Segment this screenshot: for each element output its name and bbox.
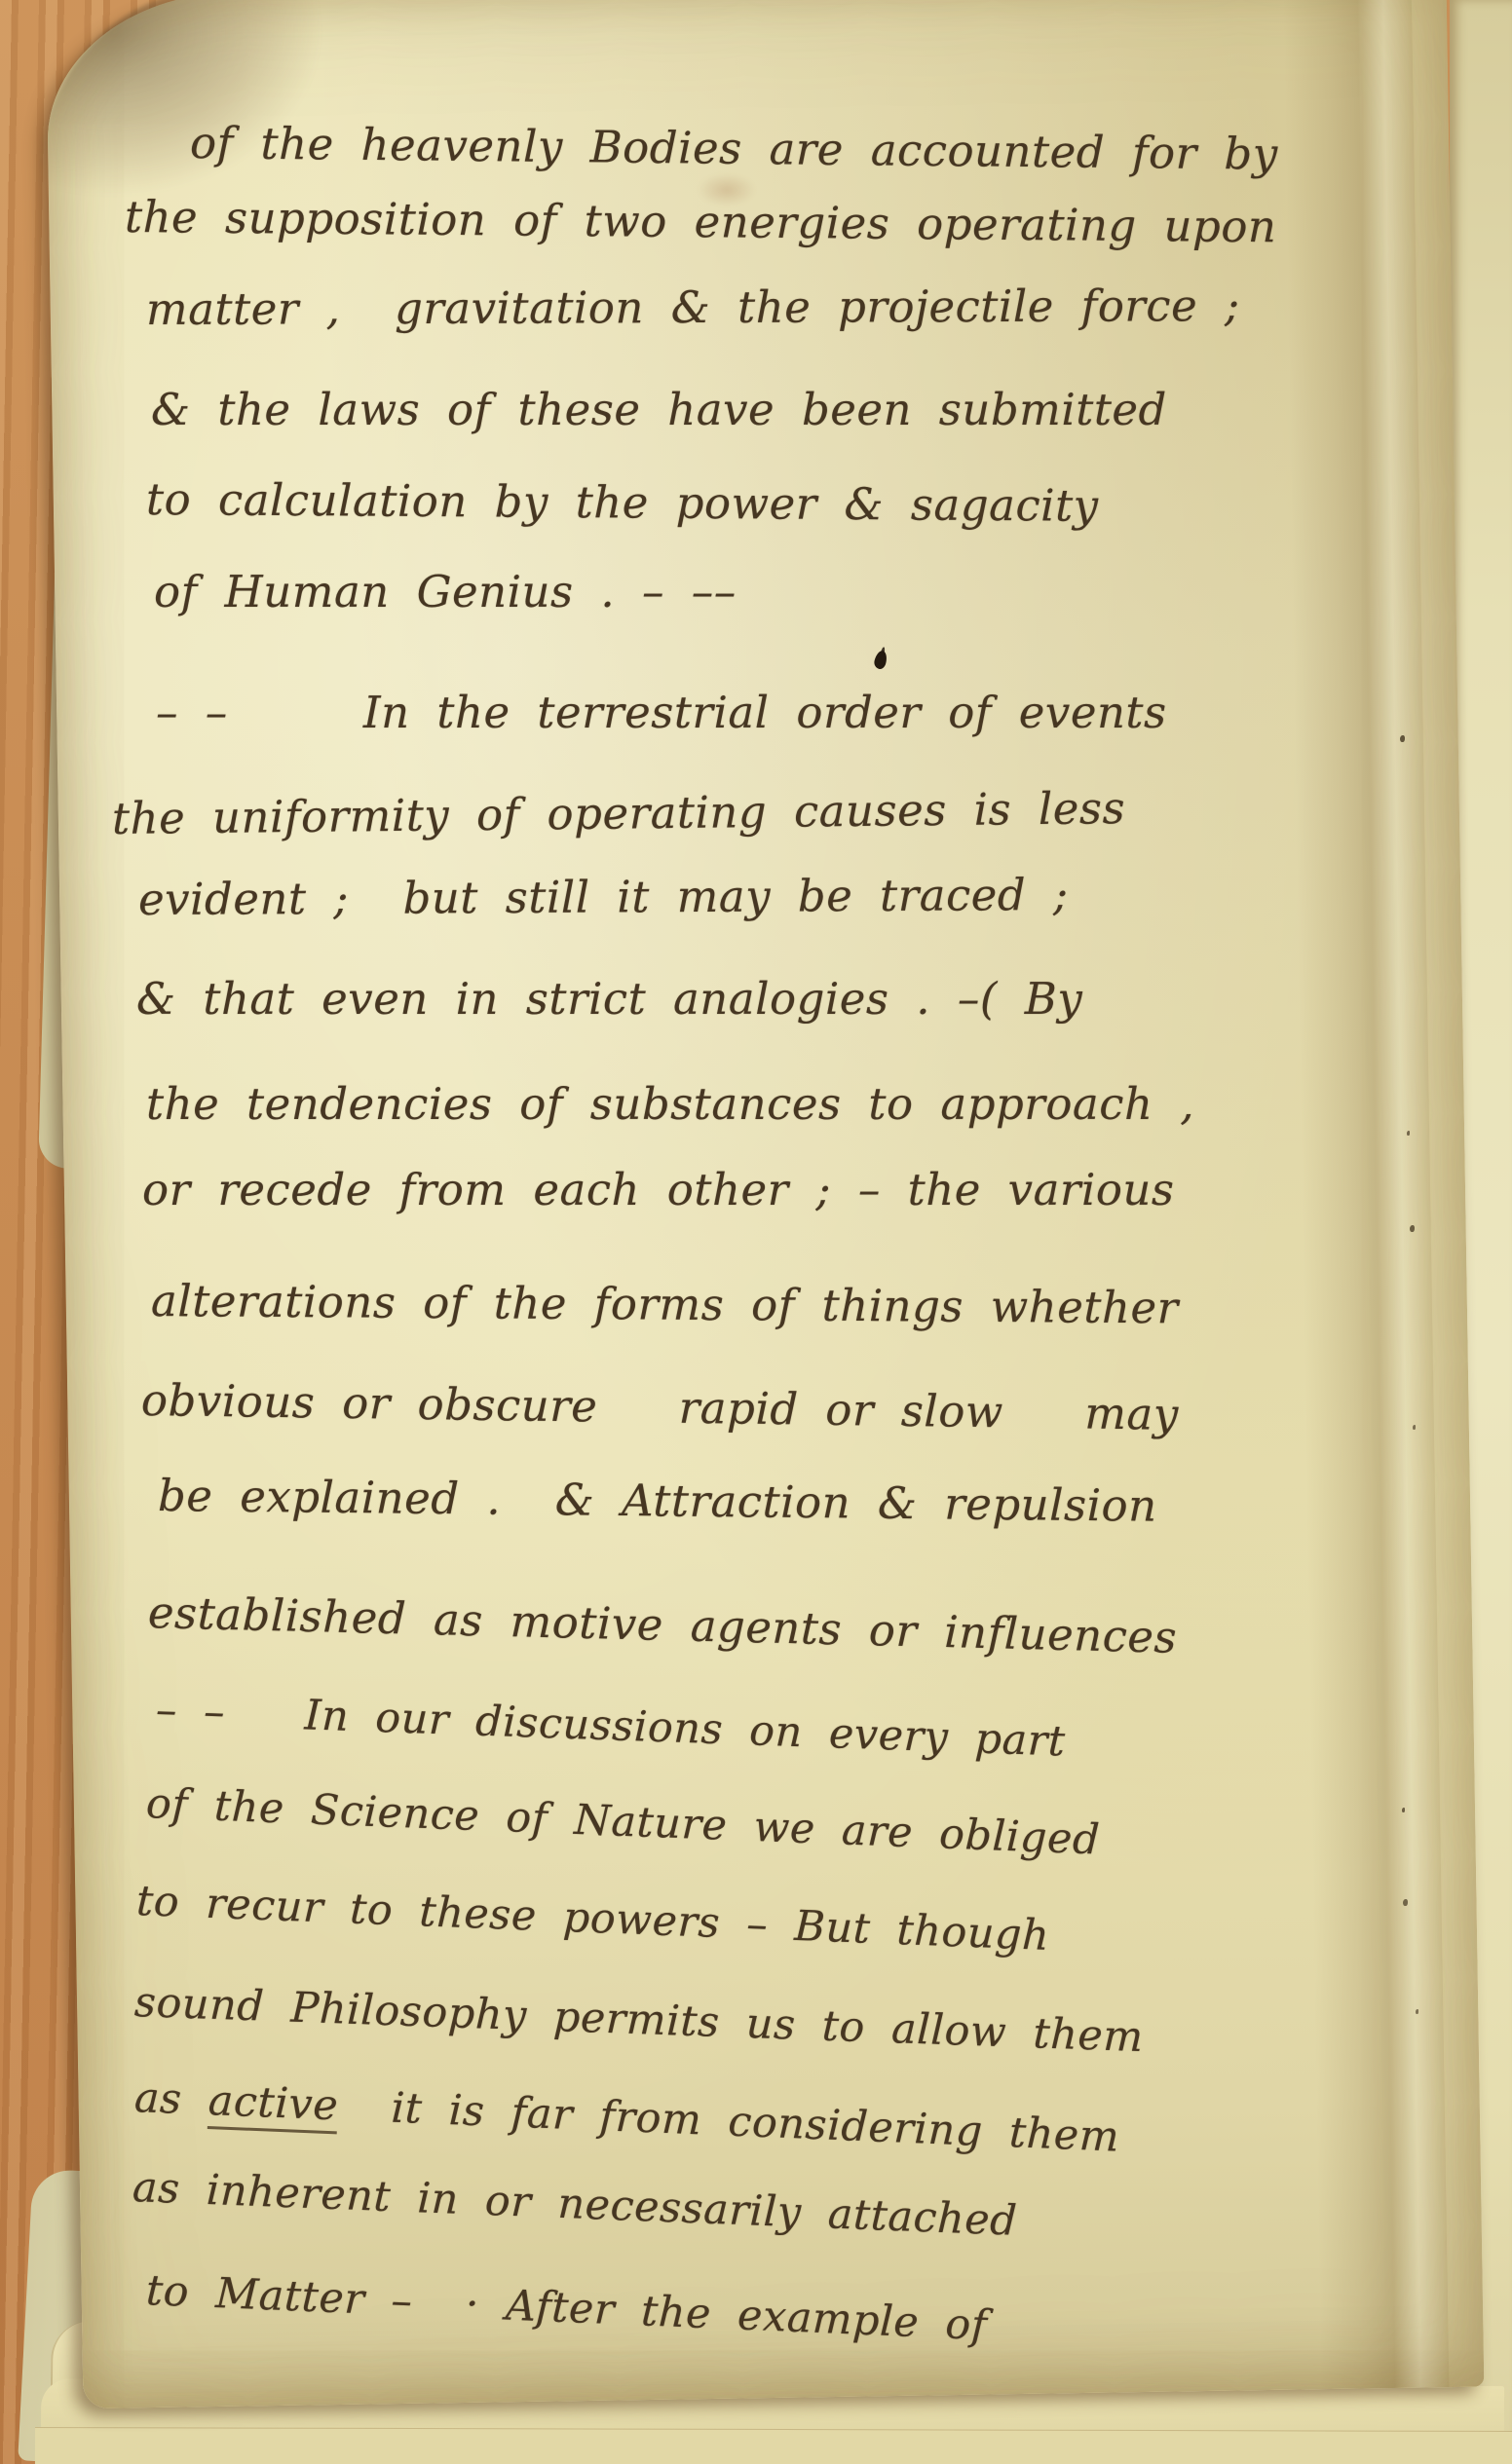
manuscript-line: sound Philosophy permits us to allow the…: [133, 1978, 1144, 2062]
underlined-word: active: [208, 2076, 340, 2134]
manuscript-line: the uniformity of operating causes is le…: [112, 782, 1126, 844]
manuscript-line: alterations of the forms of things wheth…: [151, 1275, 1179, 1333]
manuscript-line: – – In our discussions on every part: [155, 1686, 1066, 1767]
manuscript-line: established as motive agents or influenc…: [147, 1587, 1177, 1663]
manuscript-line: the tendencies of substances to approach…: [146, 1078, 1194, 1130]
manuscript-line: to recur to these powers – But though: [135, 1877, 1050, 1960]
manuscript-line: of the heavenly Bodies are accounted for…: [190, 117, 1278, 180]
manuscript-line: & the laws of these have been submitted: [151, 384, 1167, 435]
manuscript-line: or recede from each other ; – the variou…: [142, 1164, 1175, 1215]
manuscript-line: as active it is far from considering the…: [133, 2073, 1120, 2162]
manuscript-line: evident ; but still it may be traced ;: [138, 869, 1069, 925]
ink-specks: [1400, 735, 1405, 742]
manuscript-line: be explained . & Attraction & repulsion: [158, 1470, 1157, 1532]
manuscript-line: to calculation by the power & sagacity: [146, 473, 1099, 532]
manuscript-line: of the Science of Nature we are obliged: [145, 1779, 1101, 1865]
manuscript-line: & that even in strict analogies . –( By: [136, 973, 1082, 1025]
handwriting-layer: of the heavenly Bodies are accounted for…: [0, 0, 1512, 2464]
line-text: as: [133, 2073, 209, 2125]
manuscript-line: to Matter – · After the example of: [145, 2266, 988, 2350]
manuscript-line: obvious or obscure rapid or slow may: [141, 1374, 1179, 1440]
manuscript-line: as inherent in or necessarily attached: [132, 2163, 1018, 2246]
line-text: it is far from considering them: [337, 2081, 1120, 2161]
paper-smudge: [698, 173, 756, 206]
manuscript-line: matter , gravitation & the projectile fo…: [146, 280, 1240, 335]
ink-blot: [873, 650, 888, 670]
manuscript-line: of Human Genius . – ––: [154, 566, 737, 617]
manuscript-line: – – In the terrestrial order of events: [156, 687, 1167, 738]
